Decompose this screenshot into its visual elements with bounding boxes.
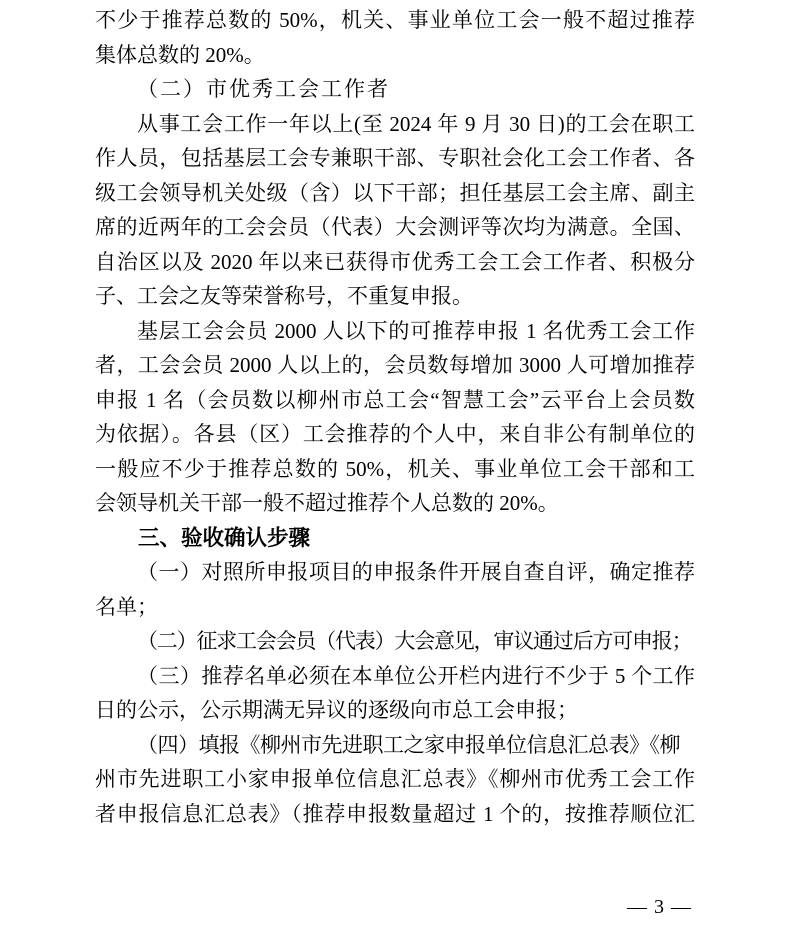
section-heading-line: 三、验收确认步骤 [95, 521, 695, 556]
text-line: 基层工会会员 2000 人以下的可推荐申报 1 名优秀工会工作 [95, 314, 695, 349]
text-line: 会领导机关干部一般不超过推荐个人总数的 20%。 [95, 486, 695, 521]
text-line: 子、工会之友等荣誉称号，不重复申报。 [95, 279, 695, 314]
text-line: 席的近两年的工会会员（代表）大会测评等次均为满意。全国、 [95, 210, 695, 245]
text-line: 级工会领导机关处级（含）以下干部；担任基层工会主席、副主 [95, 176, 695, 211]
text-line: （三）推荐名单必须在本单位公开栏内进行不少于 5 个工作 [95, 659, 695, 694]
text-line: 申报 1 名（会员数以柳州市总工会“智慧工会”云平台上会员数 [95, 383, 695, 418]
text-line: （二）征求工会会员（代表）大会意见，审议通过后方可申报； [95, 624, 695, 659]
text-line: 日的公示，公示期满无异议的逐级向市总工会申报； [95, 693, 695, 728]
subsection-heading-line: （二）市优秀工会工作者 [95, 72, 695, 107]
text-line: 集体总数的 20%。 [95, 38, 695, 73]
text-line: 自治区以及 2020 年以来已获得市优秀工会工会工作者、积极分 [95, 245, 695, 280]
text-line: 不少于推荐总数的 50%，机关、事业单位工会一般不超过推荐 [95, 3, 695, 38]
text-line: 者申报信息汇总表》（推荐申报数量超过 1 个的，按推荐顺位汇 [95, 797, 695, 832]
text-line: 名单； [95, 590, 695, 625]
document-body: 不少于推荐总数的 50%，机关、事业单位工会一般不超过推荐集体总数的 20%。（… [95, 3, 695, 831]
text-line: （四）填报《柳州市先进职工之家申报单位信息汇总表》《柳 [95, 728, 695, 763]
text-line: 一般应不少于推荐总数的 50%，机关、事业单位工会干部和工 [95, 452, 695, 487]
document-page: 不少于推荐总数的 50%，机关、事业单位工会一般不超过推荐集体总数的 20%。（… [0, 0, 786, 928]
text-line: 州市先进职工小家申报单位信息汇总表》《柳州市优秀工会工作 [95, 762, 695, 797]
text-line: 作人员，包括基层工会专兼职干部、专职社会化工会工作者、各 [95, 141, 695, 176]
text-line: 从事工会工作一年以上(至 2024 年 9 月 30 日)的工会在职工 [95, 107, 695, 142]
text-line: （一）对照所申报项目的申报条件开展自查自评，确定推荐 [95, 555, 695, 590]
page-number: — 3 — [627, 893, 692, 921]
text-line: 为依据）。各县（区）工会推荐的个人中，来自非公有制单位的 [95, 417, 695, 452]
text-line: 者，工会会员 2000 人以上的，会员数每增加 3000 人可增加推荐 [95, 348, 695, 383]
